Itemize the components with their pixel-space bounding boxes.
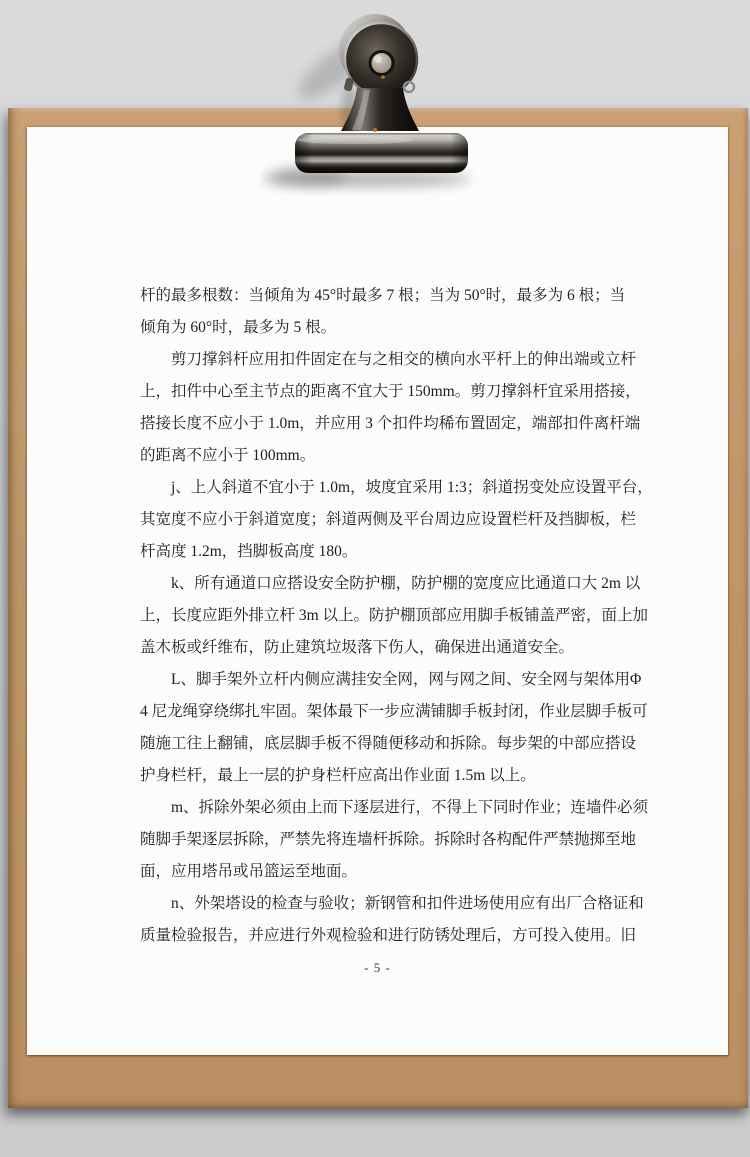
scene: 杆的最多根数：当倾角为 45°时最多 7 根；当为 50°时，最多为 6 根；当… <box>0 0 750 1157</box>
clip-neck-speck <box>373 128 377 132</box>
document-text-line: 倾角为 60°时，最多为 5 根。 <box>140 312 617 344</box>
page-number: - 5 - <box>27 960 728 976</box>
document-page: 杆的最多根数：当倾角为 45°时最多 7 根；当为 50°时，最多为 6 根；当… <box>27 127 728 1055</box>
document-text-line: 4 尼龙绳穿绕绑扎牢固。架体最下一步应满铺脚手板封闭，作业层脚手板可 <box>140 696 617 728</box>
clip-bar-top-highlight <box>297 136 413 144</box>
document-text-line: 杆的最多根数：当倾角为 45°时最多 7 根；当为 50°时，最多为 6 根；当 <box>140 280 617 312</box>
document-text-line: n、外架塔设的检查与验收；新钢管和扣件进场使用应有出厂合格证和 <box>140 888 617 920</box>
clip-hole-highlight <box>374 55 382 63</box>
document-text-line: 搭接长度不应小于 1.0m，并应用 3 个扣件均稀布置固定，端部扣件离杆端 <box>140 408 617 440</box>
document-text-line: L、脚手架外立杆内侧应满挂安全网，网与网之间、安全网与架体用Φ <box>140 664 617 696</box>
clip-hole <box>370 52 393 75</box>
document-text-line: 护身栏杆，最上一层的护身栏杆应高出作业面 1.5m 以上。 <box>140 760 617 792</box>
document-text-line: 上，长度应距外排立杆 3m 以上。防护棚顶部应用脚手板铺盖严密，面上加 <box>140 600 617 632</box>
document-text-line: 其宽度不应小于斜道宽度；斜道两侧及平台周边应设置栏杆及挡脚板，栏 <box>140 504 617 536</box>
document-text-line: 剪刀撑斜杆应用扣件固定在与之相交的横向水平杆上的伸出端或立杆 <box>140 344 617 376</box>
document-text-line: m、拆除外架必须由上而下逐层进行，不得上下同时作业；连墙件必须 <box>140 792 617 824</box>
document-text-line: 面，应用塔吊或吊篮运至地面。 <box>140 856 617 888</box>
document-text-line: 随脚手架逐层拆除，严禁先将连墙杆拆除。拆除时各构配件严禁抛掷至地 <box>140 824 617 856</box>
document-text-line: j、上人斜道不宜小于 1.0m，坡度宜采用 1:3；斜道拐变处应设置平台， <box>140 472 617 504</box>
binder-clip <box>260 6 490 196</box>
document-text-line: k、所有通道口应搭设安全防护棚，防护棚的宽度应比通道口大 2m 以 <box>140 568 617 600</box>
document-text-line: 随施工往上翻铺，底层脚手板不得随便移动和拆除。每步架的中部应搭设 <box>140 728 617 760</box>
document-text-line: 杆高度 1.2m，挡脚板高度 180。 <box>140 536 617 568</box>
document-text-line: 上，扣件中心至主节点的距离不宜大于 150mm。剪刀撑斜杆宜采用搭接， <box>140 376 617 408</box>
document-text-line: 质量检验报告，并应进行外观检验和进行防锈处理后，方可投入使用。旧 <box>140 920 617 952</box>
document-text-line: 的距离不应小于 100mm。 <box>140 440 617 472</box>
document-text-line: 盖木板或纤维布，防止建筑垃圾落下伤人，确保进出通道安全。 <box>140 632 617 664</box>
document-text: 杆的最多根数：当倾角为 45°时最多 7 根；当为 50°时，最多为 6 根；当… <box>140 280 617 952</box>
clip-orange-speck <box>381 75 385 79</box>
